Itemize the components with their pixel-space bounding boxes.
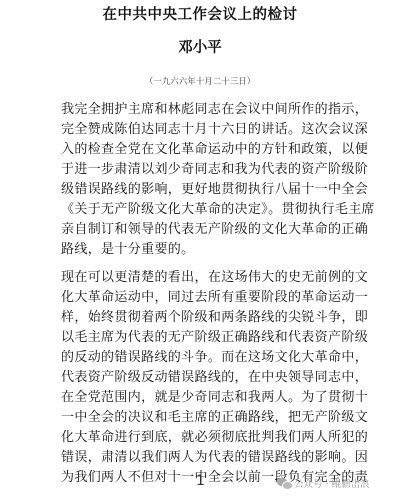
document-date: （一九六六年十月二十三日） (0, 75, 400, 87)
text-line: 路线，是十分重要的。 (61, 240, 343, 260)
paragraph-2: 现在可以更清楚的看出，在这场伟大的史无前例的文 化大革命运动中，同过去所有重要阶… (61, 268, 343, 488)
text-line: 以毛主席为代表的无产阶级正确路线和代表资产阶级 (61, 328, 343, 348)
wechat-icon (277, 478, 291, 489)
text-line: 入的检查全党在文化革命运动中的方针和政策，以便 (61, 140, 343, 160)
text-line: 代表资产阶级反动错误路线的，在中央领导同志中， (61, 368, 343, 388)
document-title: 在中共中央工作会议上的检讨 (0, 3, 400, 24)
text-line: 一中全会的决议和毛主席的正确路线，把无产阶级文 (61, 408, 343, 428)
text-line: 我完全拥护主席和林彪同志在会议中间所作的指示， (61, 100, 343, 120)
text-line: 于进一步肃清以刘少奇同志和我为代表的资产阶级阶 (61, 160, 343, 180)
text-line: 级错误路线的影响，更好地贯彻执行八届十一中全会 (61, 180, 343, 200)
document-author: 邓小平 (0, 36, 400, 57)
text-line: 在全党范围内，就是少奇同志和我两人。为了贯彻十 (61, 388, 343, 408)
paragraph-1: 我完全拥护主席和林彪同志在会议中间所作的指示， 完全赞成陈伯达同志十月十六日的讲… (61, 100, 343, 260)
watermark-text: 公众号 · 鲲鹏击浪 (294, 476, 370, 490)
text-line: 现在可以更清楚的看出，在这场伟大的史无前例的文 (61, 268, 343, 288)
watermark: 公众号 · 鲲鹏击浪 (277, 476, 370, 490)
text-line: 化大革命运动中，同过去所有重要阶段的革命运动一 (61, 288, 343, 308)
text-line: 错误，肃清以我们两人为代表的错误路线的影响。因 (61, 448, 343, 468)
text-line: 完全赞成陈伯达同志十月十六日的讲话。这次会议深 (61, 120, 343, 140)
text-line: 亲自制订和领导的代表无产阶级的文化大革命的正确 (61, 220, 343, 240)
text-line: 《关于无产阶级文化大革命的决定》。贯彻执行毛主席 (61, 200, 343, 220)
text-line: 化大革命进行到底，就必须彻底批判我们两人所犯的 (61, 428, 343, 448)
text-line: 样，始终贯彻着两个阶级和两条路线的尖锐斗争，即 (61, 308, 343, 328)
page-number: 1 (196, 473, 205, 489)
text-line: 的反动的错误路线的斗争。而在这场文化大革命中， (61, 348, 343, 368)
